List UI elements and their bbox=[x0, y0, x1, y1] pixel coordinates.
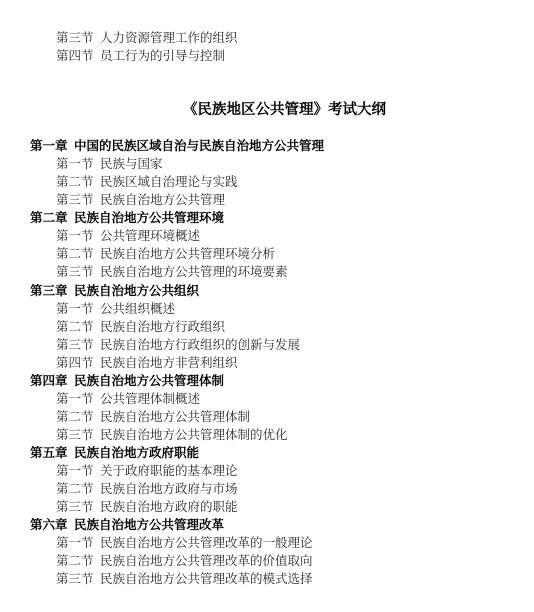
section-line: 第四节民族自治地方非营利组织 bbox=[56, 354, 238, 372]
section-line: 第二节民族自治地方政府与市场 bbox=[56, 480, 238, 498]
section-line: 第一节公共管理环境概述 bbox=[56, 227, 200, 245]
section-line: 第三节民族自治地方公共管理体制的优化 bbox=[56, 426, 288, 444]
section-line: 第三节民族自治地方公共管理改革的模式选择 bbox=[56, 570, 313, 588]
chapter-heading: 第六章民族自治地方公共管理改革 bbox=[30, 516, 224, 534]
prev-section-line: 第三节人力资源管理工作的组织 bbox=[56, 29, 238, 47]
chapter-heading: 第三章民族自治地方公共组织 bbox=[30, 282, 199, 300]
prev-section-line: 第四节员工行为的引导与控制 bbox=[56, 47, 225, 65]
chapter-heading: 第二章民族自治地方公共管理环境 bbox=[30, 209, 224, 227]
section-line: 第三节民族自治地方公共管理 bbox=[56, 191, 225, 209]
section-line: 第一节公共管理体制概述 bbox=[56, 390, 200, 408]
chapter-heading: 第四章民族自治地方公共管理体制 bbox=[30, 372, 224, 390]
section-line: 第三节民族自治地方政府的职能 bbox=[56, 498, 238, 516]
section-line: 第二节民族自治地方公共管理体制 bbox=[56, 408, 250, 426]
section-line: 第三节民族自治地方公共管理的环境要素 bbox=[56, 263, 288, 281]
section-line: 第二节民族自治地方公共管理环境分析 bbox=[56, 245, 275, 263]
chapter-heading: 第五章民族自治地方政府职能 bbox=[30, 444, 199, 462]
section-line: 第一节民族与国家 bbox=[56, 155, 163, 173]
chapter-heading: 第一章中国的民族区域自治与民族自治地方公共管理 bbox=[30, 137, 324, 155]
section-line: 第一节关于政府职能的基本理论 bbox=[56, 462, 238, 480]
section-line: 第二节民族自治地方公共管理改革的价值取向 bbox=[56, 552, 313, 570]
section-line: 第三节民族自治地方行政组织的创新与发展 bbox=[56, 336, 300, 354]
section-line: 第二节民族自治地方行政组织 bbox=[56, 318, 225, 336]
section-line: 第二节民族区域自治理论与实践 bbox=[56, 173, 238, 191]
section-line: 第一节民族自治地方公共管理改革的一般理论 bbox=[56, 534, 313, 552]
document-title: 《民族地区公共管理》考试大纲 bbox=[0, 98, 534, 119]
section-line: 第一节公共组织概述 bbox=[56, 300, 175, 318]
